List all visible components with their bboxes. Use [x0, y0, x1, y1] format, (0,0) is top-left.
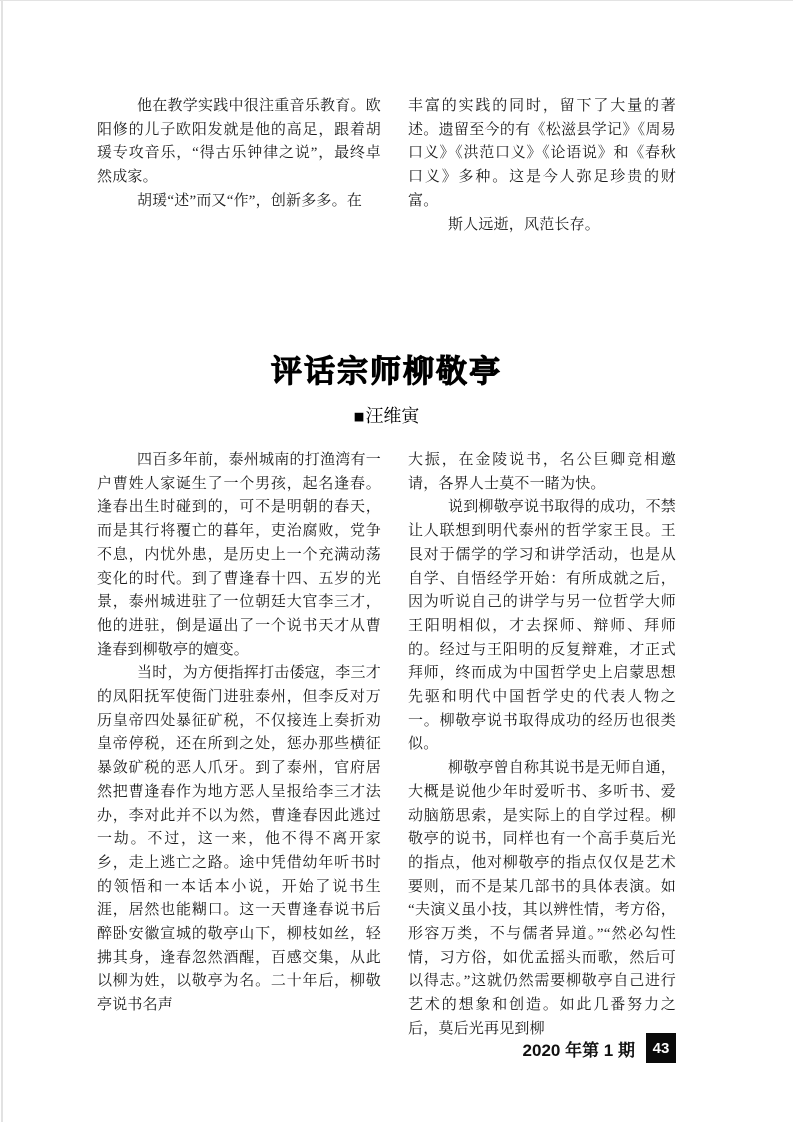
- issue-label: 2020 年第 1 期: [523, 1036, 635, 1061]
- scan-top-edge-line: [0, 0, 793, 1]
- author-line: ■汪维寅: [97, 404, 676, 428]
- article-left-column: 四百多年前，泰州城南的打渔湾有一户曹姓人家诞生了一个男孩，起名逢春。逢春出生时碰…: [97, 449, 381, 1042]
- scan-left-edge-line: [1, 0, 3, 1122]
- paragraph: 柳敬亭曾自称其说书是无师自通，大概是说他少年时爱听书、多听书、爱动脑筋思索，是实…: [408, 757, 676, 1041]
- paragraph: 他在教学实践中很注重音乐教育。欧阳修的儿子欧阳发就是他的高足，跟着胡瑗专攻音乐，…: [97, 95, 381, 190]
- paragraph: 胡瑗“述”而又“作”，创新多多。在: [97, 190, 381, 214]
- paragraph: 当时，为方便指挥打击倭寇，李三才的凤阳抚军使衙门进驻泰州，但李反对万历皇帝四处暴…: [97, 662, 381, 1018]
- paragraph: 大振，在金陵说书，名公巨卿竞相邀请，各界人士莫不一睹为快。: [408, 449, 676, 496]
- paragraph: 丰富的实践的同时，留下了大量的著述。遗留至今的有《松滋县学记》《周易口义》《洪范…: [408, 95, 676, 214]
- paragraph: 斯人远逝，风范长存。: [408, 214, 676, 238]
- article-body-section: 四百多年前，泰州城南的打渔湾有一户曹姓人家诞生了一个男孩，起名逢春。逢春出生时碰…: [97, 449, 676, 1042]
- article-right-column: 大振，在金陵说书，名公巨卿竞相邀请，各界人士莫不一睹为快。 说到柳敬亭说书取得的…: [408, 449, 676, 1042]
- article-title: 评话宗师柳敬亭: [97, 352, 676, 392]
- author-marker-icon: ■: [354, 405, 365, 429]
- article-title-block: 评话宗师柳敬亭: [97, 352, 676, 392]
- paragraph: 说到柳敬亭说书取得的成功，不禁让人联想到明代泰州的哲学家王艮。王艮对于儒学的学习…: [408, 496, 676, 757]
- prev-article-left-column: 他在教学实践中很注重音乐教育。欧阳修的儿子欧阳发就是他的高足，跟着胡瑗专攻音乐，…: [97, 95, 381, 237]
- page-number-badge: 43: [646, 1033, 676, 1063]
- page-footer: 2020 年第 1 期 43: [97, 1033, 676, 1063]
- paragraph: 四百多年前，泰州城南的打渔湾有一户曹姓人家诞生了一个男孩，起名逢春。逢春出生时碰…: [97, 449, 381, 662]
- author-name: 汪维寅: [365, 406, 419, 426]
- previous-article-end-section: 他在教学实践中很注重音乐教育。欧阳修的儿子欧阳发就是他的高足，跟着胡瑗专攻音乐，…: [97, 95, 676, 237]
- prev-article-right-column: 丰富的实践的同时，留下了大量的著述。遗留至今的有《松滋县学记》《周易口义》《洪范…: [408, 95, 676, 237]
